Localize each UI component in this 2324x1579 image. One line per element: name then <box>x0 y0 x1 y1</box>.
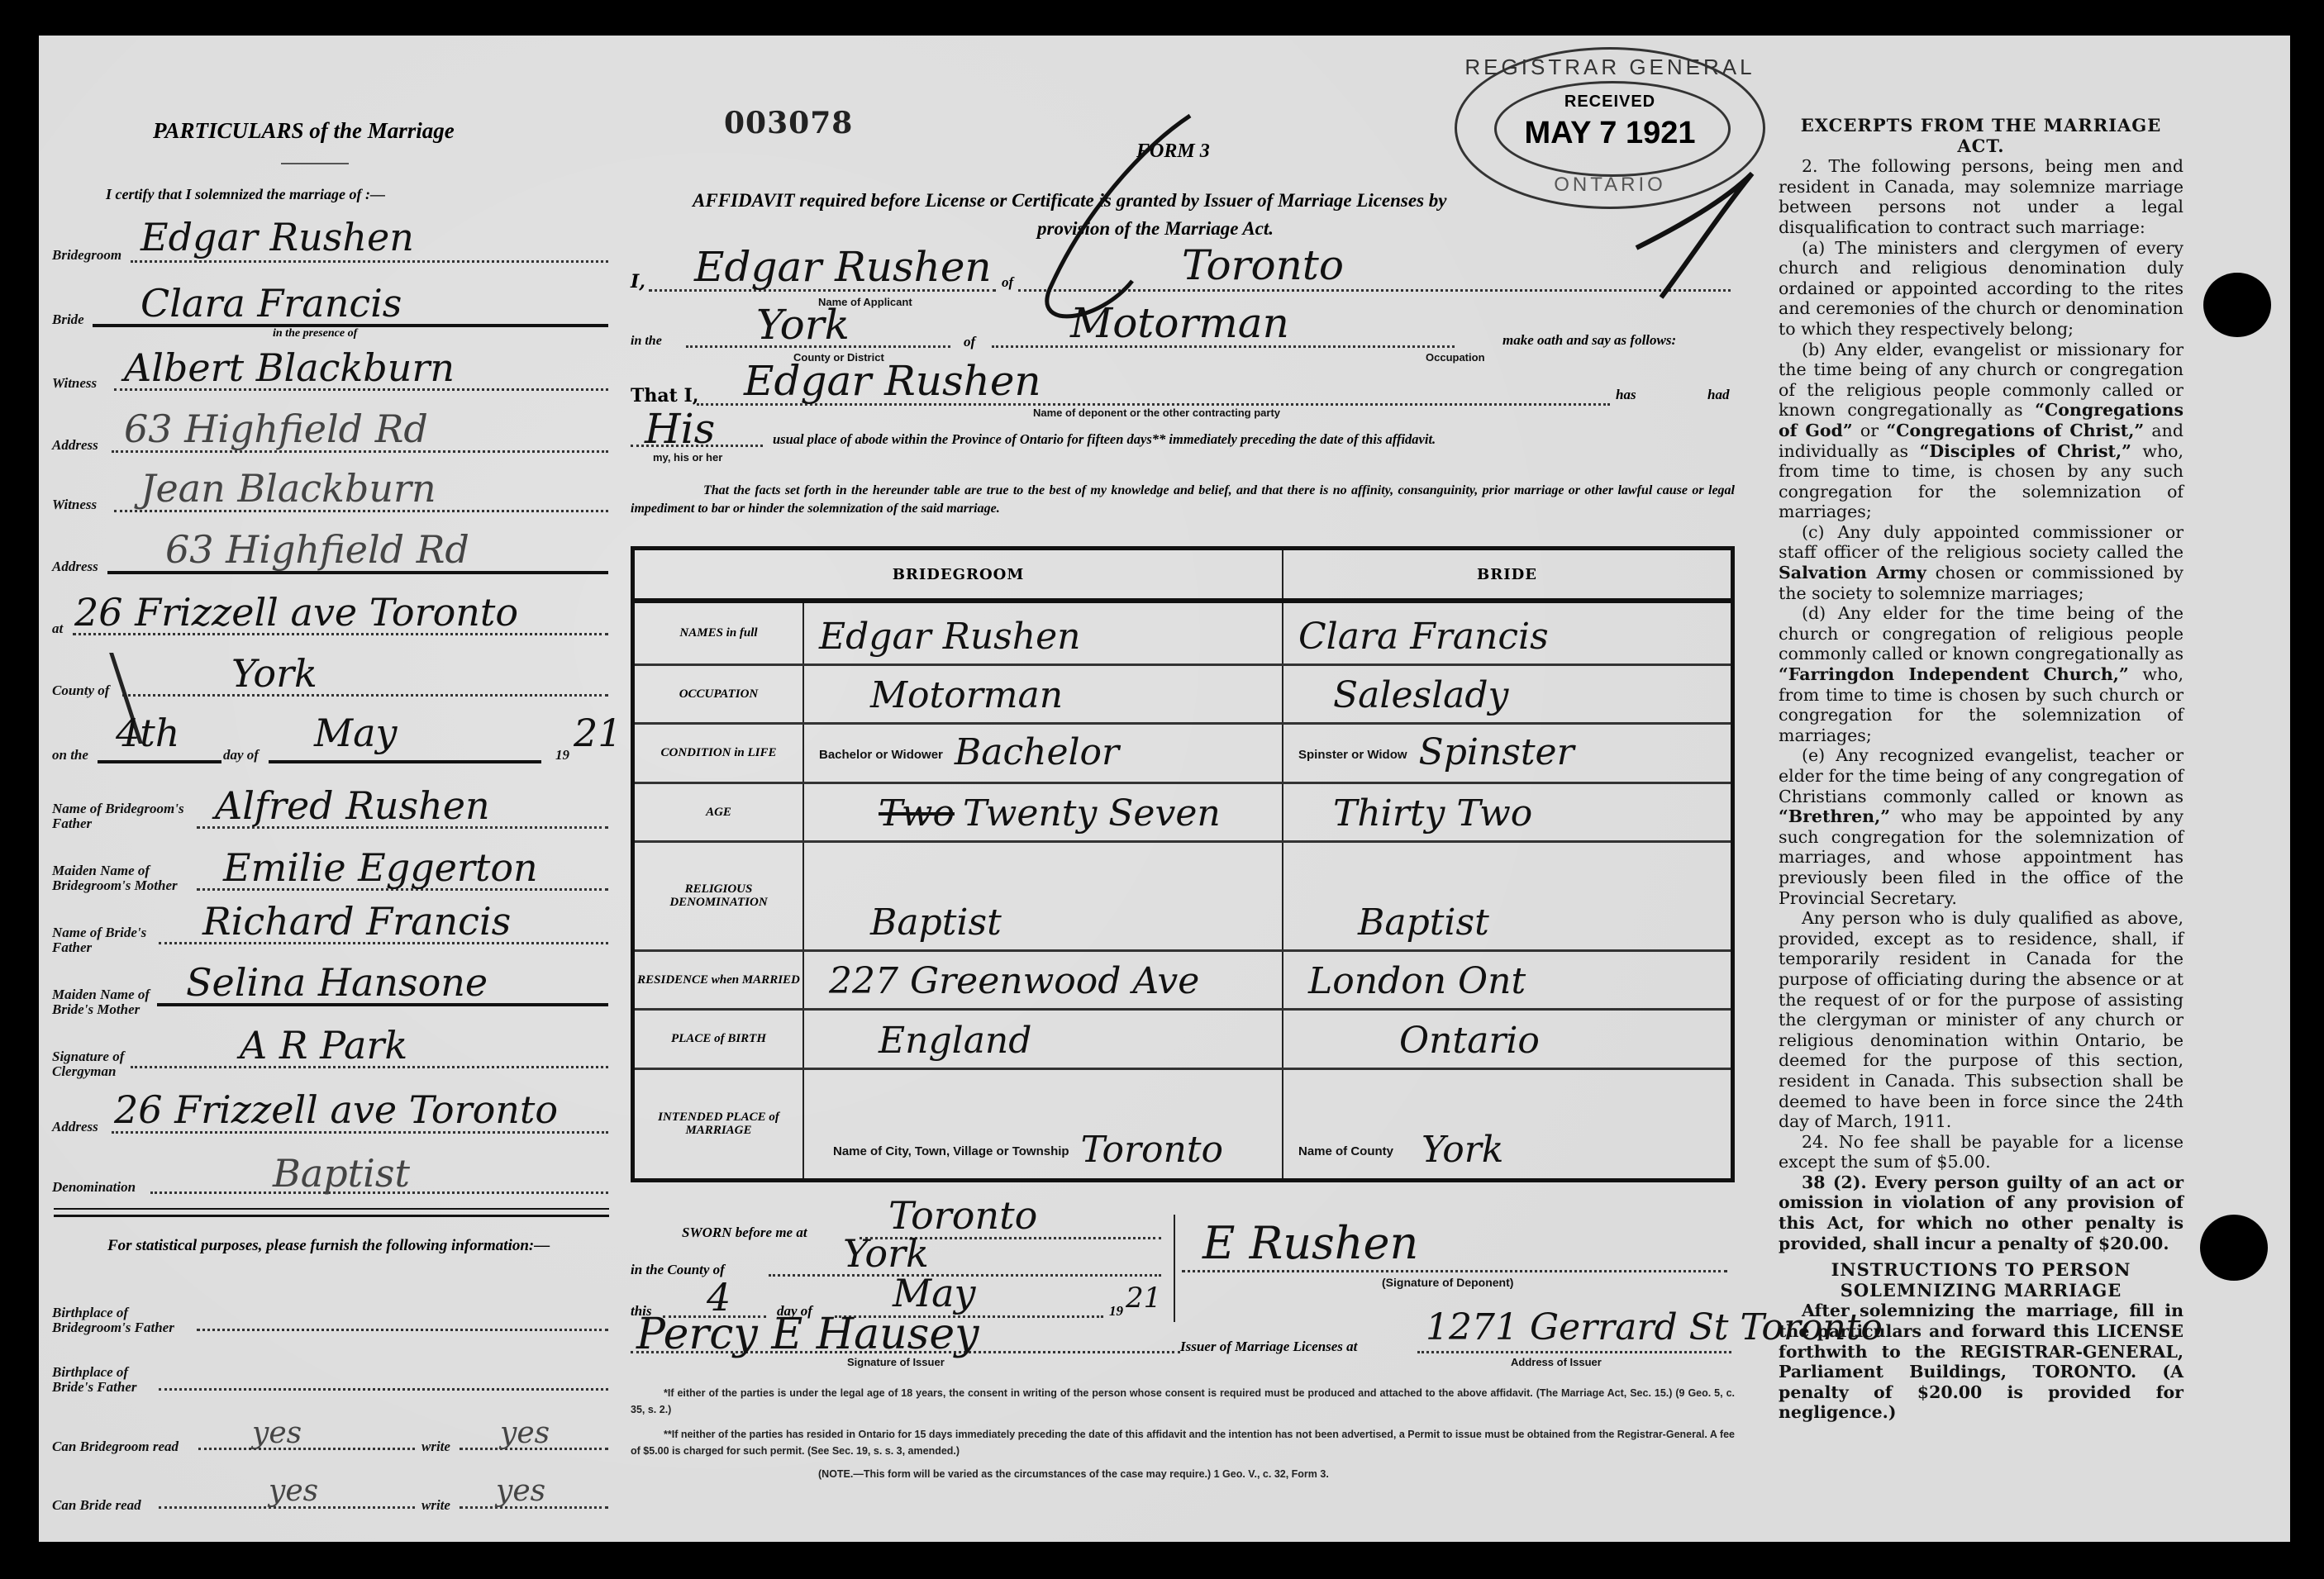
day-line <box>98 760 221 763</box>
groom-age-wrap: TwoTwenty Seven <box>879 794 1221 834</box>
table-row: CONDITION in LIFE Bachelor or WidowerBac… <box>633 724 1733 782</box>
row-label-age: AGE <box>633 782 804 841</box>
stamp-bottom-text: ONTARIO <box>1457 174 1763 197</box>
had-text: had <box>1707 387 1729 403</box>
bride-read-value[interactable]: yes <box>269 1471 318 1512</box>
witness1-value[interactable]: Albert Blackburn <box>124 347 455 388</box>
punch-hole-top <box>2203 273 2271 337</box>
groom-read-line <box>198 1448 415 1450</box>
bride-birthplace-cell: Ontario <box>1283 1010 1733 1068</box>
bride-write-label: write <box>421 1498 450 1513</box>
groom-mother-value[interactable]: Emilie Eggerton <box>223 847 538 888</box>
groom-father-value[interactable]: Alfred Rushen <box>215 785 490 826</box>
issuer-caption: Signature of Issuer <box>847 1356 945 1368</box>
punch-hole-bottom <box>2200 1215 2268 1281</box>
bride-residence-value[interactable]: London Ont <box>1308 962 1526 1001</box>
excerpt-c-text-1: (c) Any duly appointed commissioner or s… <box>1779 522 2184 563</box>
intended-city-prefix: Name of City, Town, Village or Township <box>833 1144 1069 1158</box>
intended-county-value[interactable]: York <box>1422 1129 1503 1171</box>
presence-text: in the presence of <box>273 327 357 340</box>
groom-read-label: Can Bridegroom read <box>52 1439 179 1454</box>
deponent-name[interactable]: Edgar Rushen <box>744 360 1041 402</box>
birthplace-bride-father-line[interactable] <box>159 1388 608 1391</box>
clergyman-signature[interactable]: A R Park <box>240 1025 407 1066</box>
address-caption: Address of Issuer <box>1511 1356 1602 1368</box>
date-day-value[interactable]: 4th <box>116 712 179 754</box>
denomination-value[interactable]: Baptist <box>273 1153 410 1194</box>
county-line <box>122 694 608 697</box>
county-label: County of <box>52 683 109 698</box>
applicant-name[interactable]: Edgar Rushen <box>694 246 992 288</box>
excerpt-e-bold: “Brethren,” <box>1779 806 1890 826</box>
excerpt-a: (a) The ministers and clergymen of every… <box>1779 238 2184 340</box>
header-bridegroom: BRIDEGROOM <box>633 549 1283 602</box>
deponent-caption: Name of deponent or the other contractin… <box>1033 407 1280 419</box>
groom-write-value[interactable]: yes <box>500 1413 550 1454</box>
table-row: INTENDED PLACE of MARRIAGE Name of City,… <box>633 1068 1733 1181</box>
groom-condition-prefix: Bachelor or Widower <box>819 748 943 762</box>
intended-city-value[interactable]: Toronto <box>1081 1129 1223 1171</box>
excerpt-c: (c) Any duly appointed commissioner or s… <box>1779 522 2184 603</box>
sworn-label: SWORN before me at <box>682 1225 807 1241</box>
bridegroom-line <box>131 260 608 263</box>
excerpt-d: (d) Any elder for the time being of the … <box>1779 603 2184 745</box>
county-value[interactable]: York <box>231 653 317 694</box>
bride-father-value[interactable]: Richard Francis <box>202 901 511 942</box>
witness1-label: Witness <box>52 376 97 391</box>
deponent-signature[interactable]: E Rushen <box>1202 1223 1418 1264</box>
table-row: PLACE of BIRTH England Ontario <box>633 1010 1733 1068</box>
groom-religion-value[interactable]: Baptist <box>870 903 1002 943</box>
excerpt-b: (b) Any elder, evangelist or missionary … <box>1779 340 2184 522</box>
day-of-label: day of <box>223 748 259 763</box>
sworn-month-value[interactable]: May <box>893 1272 976 1314</box>
at-value[interactable]: 26 Frizzell ave Toronto <box>74 592 518 633</box>
sworn-year-prefix: 19 <box>1109 1303 1123 1320</box>
bride-religion-value[interactable]: Baptist <box>1358 903 1489 943</box>
particulars-title: PARTICULARS of the Marriage <box>153 118 455 144</box>
groom-condition-cell: Bachelor or WidowerBachelor <box>803 724 1283 782</box>
intended-county-prefix: Name of County <box>1298 1144 1393 1158</box>
abode-text: usual place of abode within the Province… <box>773 431 1436 448</box>
excerpt-e-text-1: (e) Any recognized evangelist, teacher o… <box>1779 745 2184 806</box>
excerpt-any-person: Any person who is duly qualified as abov… <box>1779 908 2184 1132</box>
bride-religion-cell: Baptist <box>1283 841 1733 950</box>
sworn-year-value[interactable]: 21 <box>1126 1277 1161 1319</box>
sworn-at-value[interactable]: Toronto <box>888 1195 1037 1236</box>
table-row: NAMES in full Edgar Rushen Clara Francis <box>633 601 1733 664</box>
that-i-prefix: That I, <box>631 385 698 407</box>
groom-age-struck: Two <box>879 792 955 835</box>
groom-birthplace-value[interactable]: England <box>879 1021 1031 1061</box>
has-text: has <box>1616 387 1636 403</box>
bride-mother-label: Maiden Name of Bride's Mother <box>52 987 160 1017</box>
bride-intended-wrap: Name of CountyYork <box>1298 1130 1503 1172</box>
instructions-text: After solemnizing the marriage, fill in … <box>1779 1301 2184 1423</box>
bride-condition-wrap: Spinster or WidowSpinster <box>1298 733 1574 775</box>
address1-value[interactable]: 63 Highfield Rd <box>124 408 428 449</box>
stamp-received: RECEIVED <box>1457 93 1763 112</box>
serial-number: 003078 <box>724 106 853 140</box>
witness2-label: Witness <box>52 497 97 512</box>
groom-names-cell: Edgar Rushen <box>803 601 1283 664</box>
line1-prefix: I, <box>631 271 645 292</box>
excerpt-b-bold-3: “Disciples of Christ,” <box>1920 441 2131 461</box>
bride-age-cell: Thirty Two <box>1283 782 1733 841</box>
table-row: RESIDENCE when MARRIED 227 Greenwood Ave… <box>633 950 1733 1009</box>
bride-names-cell: Clara Francis <box>1283 601 1733 664</box>
bride-age-value[interactable]: Thirty Two <box>1333 794 1532 834</box>
sworn-brace <box>1165 1215 1175 1322</box>
bride-occupation-value[interactable]: Saleslady <box>1333 676 1508 716</box>
groom-age-value[interactable]: Twenty Seven <box>963 792 1221 835</box>
row-label-occupation: OCCUPATION <box>633 664 804 723</box>
bride-label: Bride <box>52 312 84 327</box>
row-label-condition: CONDITION in LIFE <box>633 724 804 782</box>
bride-condition-prefix: Spinster or Widow <box>1298 748 1407 762</box>
title-rule <box>281 163 349 164</box>
table-row: RELIGIOUS DENOMINATION Baptist Baptist <box>633 841 1733 950</box>
groom-intended-wrap: Name of City, Town, Village or TownshipT… <box>833 1130 1223 1172</box>
groom-birthplace-cell: England <box>803 1010 1283 1068</box>
address1-label: Address <box>52 438 98 453</box>
year-prefix: 19 <box>555 748 569 763</box>
stamp-ring-text: REGISTRAR GENERAL <box>1457 55 1763 80</box>
excerpts-panel: EXCERPTS FROM THE MARRIAGE ACT. 2. The f… <box>1779 116 2184 1423</box>
bride-read-label: Can Bride read <box>52 1498 141 1513</box>
excerpt-section-24: 24. No fee shall be payable for a licens… <box>1779 1132 2184 1172</box>
date-year-value[interactable]: 21 <box>574 712 622 754</box>
bride-father-label: Name of Bride's Father <box>52 925 160 955</box>
facts-text: That the facts set forth in the hereunde… <box>631 482 1735 518</box>
applicant-county[interactable]: York <box>756 304 850 345</box>
groom-father-label: Name of Bridegroom's Father <box>52 801 201 831</box>
particulars-table: BRIDEGROOM BRIDE NAMES in full Edgar Rus… <box>631 546 1735 1182</box>
row-label-birthplace: PLACE of BIRTH <box>633 1010 804 1068</box>
deponent-signature-line <box>1182 1270 1727 1272</box>
excerpt-b-text-2: or <box>1853 421 1887 440</box>
footnote-2: **If neither of the parties has resided … <box>631 1426 1735 1459</box>
line2-prefix: in the <box>631 334 662 349</box>
witness2-value[interactable]: Jean Blackburn <box>140 468 436 509</box>
occupation-caption: Occupation <box>1426 351 1485 364</box>
groom-condition-wrap: Bachelor or WidowerBachelor <box>819 733 1119 775</box>
groom-intended-cell: Name of City, Town, Village or TownshipT… <box>803 1068 1283 1181</box>
table-row: AGE TwoTwenty Seven Thirty Two <box>633 782 1733 841</box>
bride-write-value[interactable]: yes <box>496 1471 545 1512</box>
clergy-address-value[interactable]: 26 Frizzell ave Toronto <box>114 1089 558 1130</box>
sworn-county-value[interactable]: York <box>843 1233 929 1274</box>
his-value[interactable]: His <box>645 408 715 449</box>
groom-residence-value[interactable]: 227 Greenwood Ave <box>829 962 1199 1001</box>
deponent-caption: (Signature of Deponent) <box>1382 1276 1513 1289</box>
clergyman-label: Signature of Clergyman <box>52 1049 143 1079</box>
bride-intended-cell: Name of CountyYork <box>1283 1068 1733 1181</box>
bride-names-value[interactable]: Clara Francis <box>1298 617 1549 657</box>
excerpt-d-bold: “Farringdon Independent Church,” <box>1779 664 2129 684</box>
bride-birthplace-value[interactable]: Ontario <box>1399 1021 1540 1061</box>
excerpt-d-text-1: (d) Any elder for the time being of the … <box>1779 603 2184 663</box>
address2-value[interactable]: 63 Highfield Rd <box>165 529 469 570</box>
birthplace-groom-father-label: Birthplace of Bridegroom's Father <box>52 1306 188 1335</box>
excerpt-section-38: 38 (2). Every person guilty of an act or… <box>1779 1172 2184 1253</box>
groom-write-label: write <box>421 1439 450 1454</box>
statistical-text: For statistical purposes, please furnish… <box>54 1235 609 1257</box>
bride-value[interactable]: Clara Francis <box>140 283 402 324</box>
excerpt-c-bold: Salvation Army <box>1779 563 1926 583</box>
form-note: (NOTE.—This form will be varied as the c… <box>818 1468 1329 1480</box>
clergy-address-label: Address <box>52 1120 98 1134</box>
groom-occupation-value[interactable]: Motorman <box>870 676 1063 716</box>
at-label: at <box>52 621 63 636</box>
groom-age-cell: TwoTwenty Seven <box>803 782 1283 841</box>
excerpts-title: EXCERPTS FROM THE MARRIAGE ACT. <box>1779 116 2184 156</box>
on-the-label: on the <box>52 748 88 763</box>
double-rule <box>54 1208 609 1217</box>
footnote-1: *If either of the parties is under the l… <box>631 1385 1735 1418</box>
bridegroom-value[interactable]: Edgar Rushen <box>140 216 414 258</box>
row-label-names: NAMES in full <box>633 601 804 664</box>
bride-occupation-cell: Saleslady <box>1283 664 1733 723</box>
bride-residence-cell: London Ont <box>1283 950 1733 1009</box>
his-caption: my, his or her <box>653 451 722 464</box>
table-row: OCCUPATION Motorman Saleslady <box>633 664 1733 723</box>
denomination-label: Denomination <box>52 1180 136 1195</box>
groom-read-value[interactable]: yes <box>252 1413 302 1454</box>
bride-condition-cell: Spinster or WidowSpinster <box>1283 724 1733 782</box>
excerpt-section-2: 2. The following persons, being men and … <box>1779 156 2184 237</box>
month-line <box>269 760 541 763</box>
date-month-value[interactable]: May <box>314 712 398 754</box>
issuer-signature[interactable]: Percy E Hausey <box>636 1314 979 1355</box>
stamp-date: MAY 7 1921 <box>1457 116 1763 151</box>
excerpt-e: (e) Any recognized evangelist, teacher o… <box>1779 745 2184 908</box>
groom-mother-label: Maiden Name of Bridegroom's Mother <box>52 863 197 893</box>
issuer-address-line <box>1417 1351 1731 1353</box>
bridegroom-label: Bridegroom <box>52 248 121 263</box>
birthplace-bride-father-label: Birthplace of Bride's Father <box>52 1365 160 1395</box>
address2-label: Address <box>52 559 98 574</box>
bride-mother-value[interactable]: Selina Hansone <box>186 962 488 1003</box>
birthplace-groom-father-line[interactable] <box>197 1329 608 1331</box>
header-bride: BRIDE <box>1283 549 1733 602</box>
row-label-religion: RELIGIOUS DENOMINATION <box>633 841 804 950</box>
groom-condition-value[interactable]: Bachelor <box>955 731 1119 773</box>
groom-names-value[interactable]: Edgar Rushen <box>819 617 1080 657</box>
certify-text: I certify that I solemnized the marriage… <box>106 186 385 203</box>
groom-religion-cell: Baptist <box>803 841 1283 950</box>
instructions-title: INSTRUCTIONS TO PERSON SOLEMNIZING MARRI… <box>1779 1260 2184 1301</box>
row-label-residence: RESIDENCE when MARRIED <box>633 950 804 1009</box>
groom-residence-cell: 227 Greenwood Ave <box>803 950 1283 1009</box>
registrar-stamp: REGISTRAR GENERAL RECEIVED MAY 7 1921 ON… <box>1455 47 1765 209</box>
issuer-at-label: Issuer of Marriage Licenses at <box>1180 1339 1357 1355</box>
bride-condition-value[interactable]: Spinster <box>1419 731 1574 773</box>
line2-of: of <box>964 334 975 350</box>
row-label-intended-place: INTENDED PLACE of MARRIAGE <box>633 1068 804 1181</box>
excerpt-b-bold-2: “Congregations of Christ,” <box>1886 421 2144 440</box>
groom-occupation-cell: Motorman <box>803 664 1283 723</box>
